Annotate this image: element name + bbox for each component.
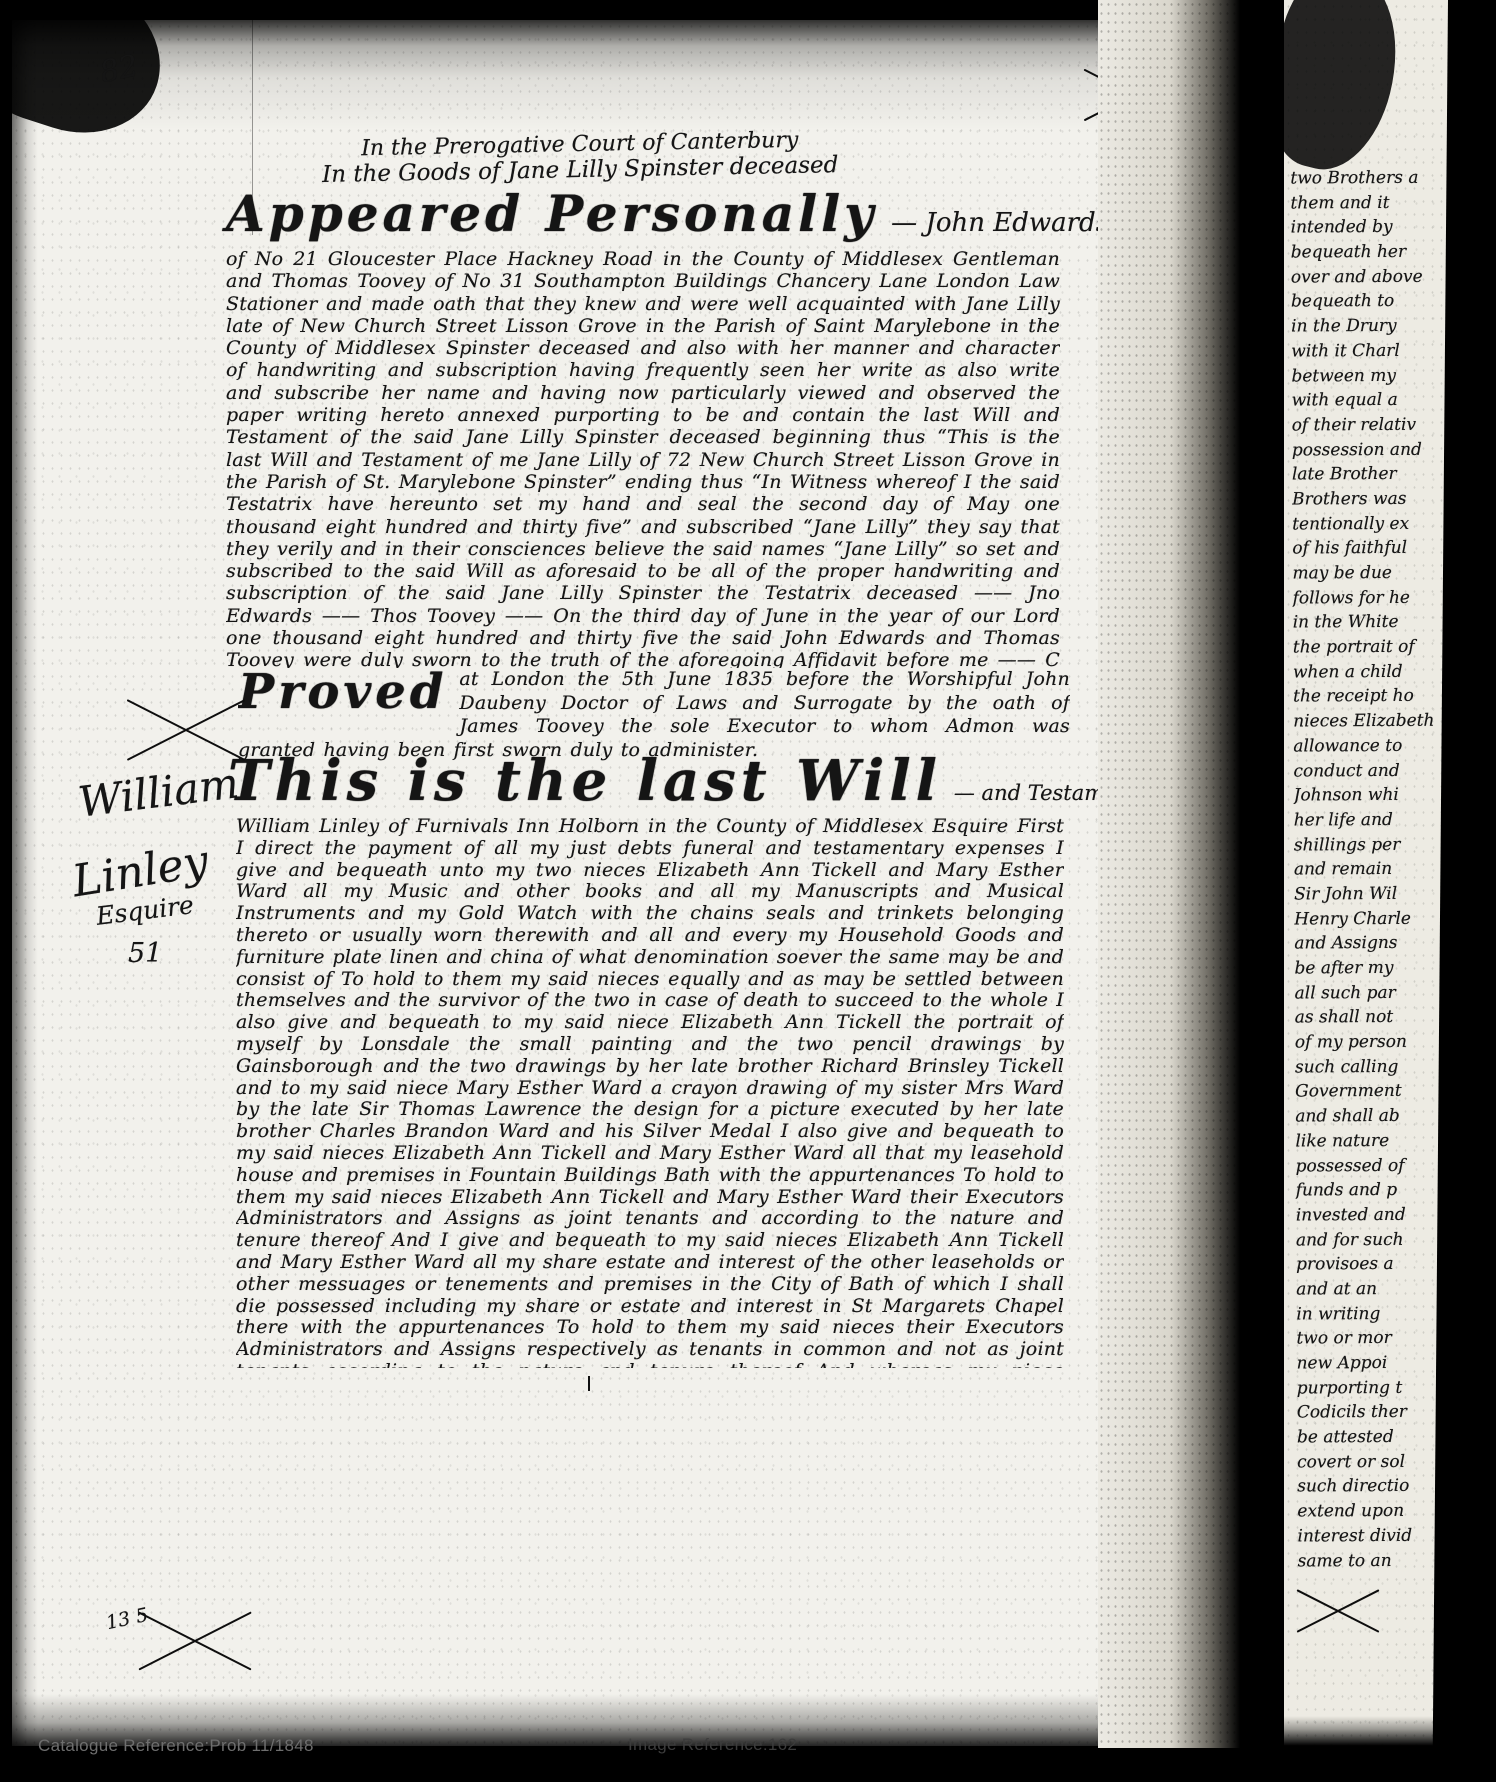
next-page-edge: two Brothers athem and itintended bybequ… — [1284, 0, 1456, 1782]
affidavit-body: of No 21 Gloucester Place Hackney Road i… — [226, 248, 1060, 668]
affidavit-heading-row: Appeared Personally— John Edwards — [226, 188, 1086, 240]
will-heading-row: This is the last Will— and Testament of … — [228, 752, 1078, 810]
next-page-line: her life and — [1294, 807, 1464, 833]
next-page-line: nieces Elizabeth — [1293, 709, 1463, 735]
probate-heading: Proved — [238, 668, 447, 718]
affidavit-heading: Appeared Personally — [226, 184, 877, 243]
next-page-line: and remain — [1294, 857, 1464, 883]
next-page-line: of his faithful — [1292, 536, 1462, 562]
next-page-line: the portrait of — [1293, 635, 1463, 661]
catalogue-reference-watermark: Catalogue Reference:Prob 11/1848 — [38, 1736, 314, 1756]
will-body: William Linley of Furnivals Inn Holborn … — [236, 816, 1064, 1368]
next-page-line: in the White — [1293, 610, 1463, 636]
next-page-line: intended by — [1291, 215, 1461, 241]
cross-mark-left-margin — [120, 688, 252, 770]
margin-folio-number: 51 — [128, 938, 162, 969]
next-page-line: late Brother — [1292, 462, 1462, 488]
next-page-line: of their relativ — [1292, 412, 1462, 438]
next-page-line: over and above — [1291, 264, 1461, 290]
page-gutter-shadow — [1098, 0, 1290, 1782]
next-page-line: Sir John Wil — [1294, 881, 1464, 907]
next-page-line: two Brothers a — [1290, 166, 1460, 192]
next-page-line: bequeath her — [1291, 240, 1461, 266]
next-page-line: with it Charl — [1291, 338, 1461, 364]
cross-mark-next-page — [1292, 1562, 1384, 1658]
stray-ink-mark — [588, 1376, 590, 1391]
next-page-line: bequeath to — [1291, 289, 1461, 315]
next-page-line: Johnson whi — [1294, 783, 1464, 809]
next-page-line: them and it — [1290, 190, 1460, 216]
page-left-edge-shadow — [12, 20, 38, 1746]
next-page-line: tentionally ex — [1292, 511, 1462, 537]
next-page-line: in the Drury — [1291, 314, 1461, 340]
next-page-line: conduct and — [1293, 758, 1463, 784]
next-page-line: shillings per — [1294, 832, 1464, 858]
next-page-line: with equal a — [1291, 388, 1461, 414]
affidavit-witness-name: — John Edwards — [891, 208, 1109, 238]
image-reference-watermark: Image Reference:162 — [628, 1735, 797, 1755]
next-page-line: Brothers was — [1292, 486, 1462, 512]
cross-mark-bottom-left — [132, 1594, 258, 1686]
will-heading: This is the last Will — [228, 748, 942, 814]
next-page-line: may be due — [1292, 561, 1462, 587]
next-page-line: possession and — [1292, 437, 1462, 463]
scanned-will-document: 82 In the Prerogative Court of Canterbur… — [0, 0, 1496, 1782]
next-page-line: follows for he — [1293, 585, 1463, 611]
next-page-line: the receipt ho — [1293, 684, 1463, 710]
next-page-line: Henry Charle — [1294, 906, 1464, 932]
next-page-line: between my — [1291, 363, 1461, 389]
scan-corner-blot — [0, 0, 181, 154]
next-page-line: when a child — [1293, 659, 1463, 685]
next-page-line: allowance to — [1293, 733, 1463, 759]
